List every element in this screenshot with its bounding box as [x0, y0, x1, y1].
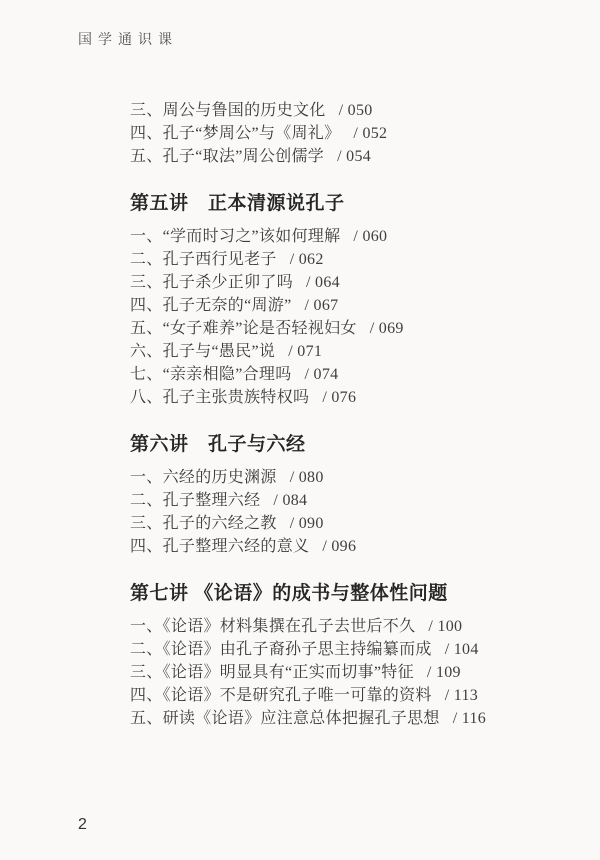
toc-item: 三、周公与鲁国的历史文化/ 050 [130, 99, 550, 122]
toc-item-label: 三、周公与鲁国的历史文化 [130, 102, 326, 119]
toc-item-label: 五、“女子难养”论是否轻视妇女 [130, 320, 357, 337]
toc-item-page: / 100 [428, 618, 462, 635]
toc-item-page: / 052 [353, 125, 387, 142]
toc-item-page: / 116 [453, 710, 486, 727]
toc-item-label: 三、孔子的六经之教 [130, 515, 277, 532]
toc-item: 二、《论语》由孔子裔孙子思主持编纂而成/ 104 [130, 638, 550, 661]
section-heading: 第五讲 正本清源说孔子 [130, 191, 550, 217]
toc-item-page: / 096 [322, 538, 356, 555]
toc-item: 三、孔子杀少正卯了吗/ 064 [130, 271, 550, 294]
toc-item-page: / 113 [445, 687, 478, 704]
toc-section-lecture-7: 第七讲 《论语》的成书与整体性问题 一、《论语》材料集撰在孔子去世后不久/ 10… [130, 581, 550, 730]
toc-item: 五、研读《论语》应注意总体把握孔子思想/ 116 [130, 707, 550, 730]
toc-item-page: / 076 [322, 389, 356, 406]
toc-item-label: 一、“学而时习之”该如何理解 [130, 228, 340, 245]
toc-item-label: 一、《论语》材料集撰在孔子去世后不久 [130, 618, 415, 635]
toc-item-label: 四、《论语》不是研究孔子唯一可靠的资料 [130, 687, 432, 704]
toc-item: 四、孔子“梦周公”与《周礼》/ 052 [130, 122, 550, 145]
toc-item-page: / 069 [370, 320, 404, 337]
toc-item-label: 三、孔子杀少正卯了吗 [130, 274, 293, 291]
toc-item-label: 一、六经的历史渊源 [130, 469, 277, 486]
toc-item: 一、六经的历史渊源/ 080 [130, 466, 550, 489]
toc-item: 八、孔子主张贵族特权吗/ 076 [130, 386, 550, 409]
toc-item-label: 六、孔子与“愚民”说 [130, 343, 275, 360]
toc-item-label: 五、研读《论语》应注意总体把握孔子思想 [130, 710, 440, 727]
toc-item: 四、孔子整理六经的意义/ 096 [130, 535, 550, 558]
toc-item-page: / 060 [353, 228, 387, 245]
toc-section-continued: 三、周公与鲁国的历史文化/ 050 四、孔子“梦周公”与《周礼》/ 052 五、… [130, 99, 550, 168]
section-heading: 第六讲 孔子与六经 [130, 432, 550, 458]
toc-item-label: 二、《论语》由孔子裔孙子思主持编纂而成 [130, 641, 432, 658]
toc-item: 一、《论语》材料集撰在孔子去世后不久/ 100 [130, 615, 550, 638]
toc-item-page: / 090 [290, 515, 324, 532]
toc-item-page: / 104 [445, 641, 479, 658]
toc-item: 一、“学而时习之”该如何理解/ 060 [130, 225, 550, 248]
toc-item-page: / 050 [339, 102, 373, 119]
toc-item-page: / 054 [337, 148, 371, 165]
running-header: 国学通识课 [78, 31, 178, 47]
toc-item-page: / 080 [290, 469, 324, 486]
toc-item-page: / 064 [306, 274, 340, 291]
toc-item-page: / 071 [288, 343, 322, 360]
toc-item-page: / 084 [273, 492, 307, 509]
section-heading: 第七讲 《论语》的成书与整体性问题 [130, 581, 550, 607]
toc-item: 三、孔子的六经之教/ 090 [130, 512, 550, 535]
toc-section-lecture-5: 第五讲 正本清源说孔子 一、“学而时习之”该如何理解/ 060 二、孔子西行见老… [130, 191, 550, 409]
toc-item-page: / 062 [290, 251, 324, 268]
toc-item-page: / 067 [305, 297, 339, 314]
toc-item-label: 五、孔子“取法”周公创儒学 [130, 148, 324, 165]
toc-item: 二、孔子整理六经/ 084 [130, 489, 550, 512]
toc-item-label: 四、孔子整理六经的意义 [130, 538, 309, 555]
toc-item-label: 八、孔子主张贵族特权吗 [130, 389, 309, 406]
toc-item: 七、“亲亲相隐”合理吗/ 074 [130, 363, 550, 386]
toc-item-page: / 109 [427, 664, 461, 681]
toc-item-label: 三、《论语》明显具有“正实而切事”特征 [130, 664, 414, 681]
toc-section-lecture-6: 第六讲 孔子与六经 一、六经的历史渊源/ 080 二、孔子整理六经/ 084 三… [130, 432, 550, 558]
toc-item: 六、孔子与“愚民”说/ 071 [130, 340, 550, 363]
toc-item-label: 二、孔子整理六经 [130, 492, 260, 509]
toc-item: 五、孔子“取法”周公创儒学/ 054 [130, 145, 550, 168]
toc-item-label: 四、孔子“梦周公”与《周礼》 [130, 125, 340, 142]
page-number: 2 [78, 814, 87, 836]
toc-item: 二、孔子西行见老子/ 062 [130, 248, 550, 271]
toc-item-label: 二、孔子西行见老子 [130, 251, 277, 268]
table-of-contents: 三、周公与鲁国的历史文化/ 050 四、孔子“梦周公”与《周礼》/ 052 五、… [130, 99, 550, 730]
toc-item: 四、孔子无奈的“周游”/ 067 [130, 294, 550, 317]
toc-item: 四、《论语》不是研究孔子唯一可靠的资料/ 113 [130, 684, 550, 707]
toc-item-label: 四、孔子无奈的“周游” [130, 297, 292, 314]
toc-item: 五、“女子难养”论是否轻视妇女/ 069 [130, 317, 550, 340]
toc-item-page: / 074 [305, 366, 339, 383]
toc-item-label: 七、“亲亲相隐”合理吗 [130, 366, 292, 383]
toc-item: 三、《论语》明显具有“正实而切事”特征/ 109 [130, 661, 550, 684]
